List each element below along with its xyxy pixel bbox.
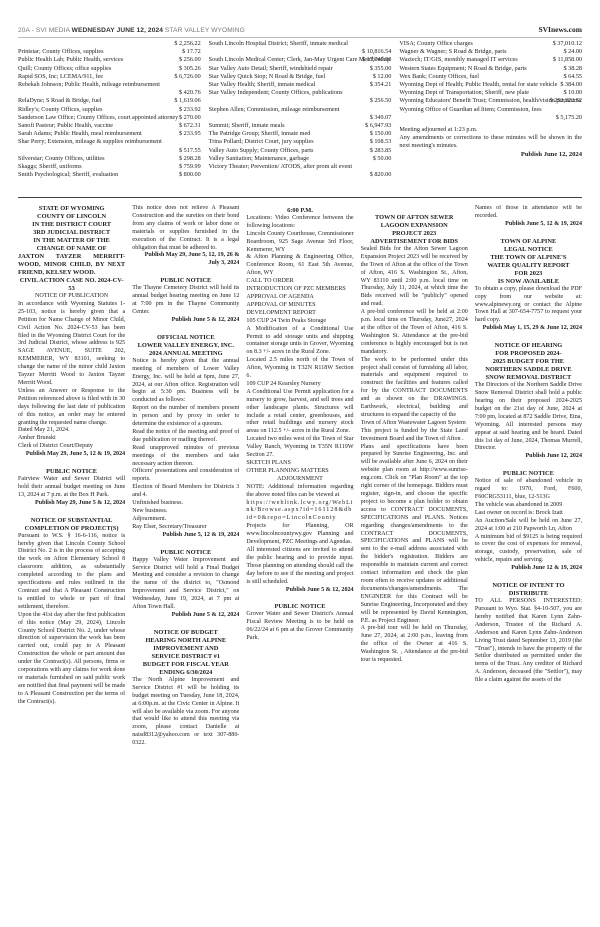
agenda-item: Adjournment.	[132, 516, 239, 524]
claim-row: Wyoming Office of Guardian ad litem; Com…	[399, 106, 582, 122]
notice-heading: CHANGE OF NAME OF	[18, 245, 125, 253]
notice-heading: SERVICE DISTRICT #1	[132, 653, 239, 661]
claim-amount: $ 305.26	[175, 65, 201, 73]
claim-name: Rebekah Johnson; Public Health, mileage …	[18, 81, 201, 89]
claim-amount: $ 672.31	[175, 122, 201, 130]
notice-body: Grover Water and Sewer District's Annual…	[246, 611, 353, 643]
claim-row: Star Valley Auto Detail; Sheriff, windsh…	[209, 65, 392, 73]
claim-name: Silverstar; County Offices, utilities	[18, 155, 105, 163]
claim-row: Sanofi Pasteur; Public Health, vaccine$ …	[18, 122, 201, 130]
claims-column-1: $ 2,256.22 Printstar; County Offices, su…	[18, 40, 201, 190]
agenda-line: INTRODUCTION OF PZC MEMBERS	[246, 286, 353, 294]
notice-intent-to-distribute: NOTICE OF INTENT TO DISTRIBUTE TO ALL PE…	[475, 582, 582, 685]
notice-heading: PUBLIC NOTICE	[132, 277, 239, 285]
claim-row: Sanderson Law Office; County Offices, co…	[18, 114, 201, 122]
notice-body: An Auction/Sale will be held on June 27,…	[475, 518, 582, 534]
notice-pzc-agenda: TENTATIVE AGENDA LINCOLN COUNTY PLANNING…	[246, 205, 353, 594]
claim-row: South Lincoln Hospital District; Sheriff…	[209, 40, 392, 56]
claim-amount: $ 6,726.00	[170, 73, 200, 81]
claim-amount: $ 256.00	[175, 56, 201, 64]
claim-amount: $ 233.95	[175, 130, 201, 138]
notice-body: Notice is hereby given that the annual m…	[132, 358, 239, 405]
notice-body: A pre-bid conference will be held at 2:0…	[361, 309, 468, 356]
notice-heading: LOWER VALLEY ENERGY, INC.	[132, 342, 239, 350]
agenda-line: A Modification of a Conditional Use Perm…	[246, 326, 353, 358]
claim-amount: $ 233.92	[175, 106, 201, 114]
notice-heading: PUBLIC NOTICE	[18, 468, 125, 476]
claim-amount: $ 256.50	[209, 97, 392, 105]
notice-heading: IS NOW AVAILABLE	[475, 278, 582, 286]
claim-row: Star Valley Independent; County Offices,…	[209, 89, 392, 105]
claim-amount: $ 37,010.12	[549, 40, 582, 48]
claim-row: Summit; Sheriff, inmate meals$ 6,947.93	[209, 122, 392, 130]
notice-body: Upon the 41st day after the first public…	[18, 612, 125, 707]
publish-date: Publish May 29, June 5, 12, 19, 26 & Jul…	[132, 252, 239, 268]
claim-row: Stephen Allen; Commission, mileage reimb…	[209, 106, 392, 122]
weblink-url[interactable]: https://weblink.lcwy.org/WebLink/Browse.…	[246, 500, 353, 524]
publish-date: Publish June 5, 12 & 19, 2024	[475, 221, 582, 229]
notice-body: Names of those in attendance will be rec…	[475, 205, 582, 221]
claim-name: Stephen Allen; Commission, mileage reimb…	[209, 106, 392, 114]
claim-row: Smith Psychological; Sheriff, evaluation…	[18, 171, 201, 179]
agenda-line: Locations: Video Conference between the …	[246, 215, 353, 231]
publish-date: Publish May 29, June 5 & 12, 2024	[18, 500, 125, 508]
claim-name: Quill; County Offices; office supplies	[18, 65, 111, 73]
claim-row: Public Health Lab; Public Health, servic…	[18, 56, 201, 64]
claim-amount: $ 349.07	[209, 114, 392, 122]
publish-date: Publish June 5, 12 & 19, 2024	[132, 532, 239, 540]
notice-heading: IN THE MATTER OF THE	[18, 237, 125, 245]
publish-date: Publish June 12, 2024	[475, 453, 582, 461]
claim-row: Wagner & Wagner; S Road & Bridge, parts$…	[399, 48, 582, 56]
claim-amount: $ 38.28	[559, 65, 582, 73]
publish-date: Publish June 5 & 12, 2024	[132, 612, 239, 620]
claim-name: Star Valley Health; Sheriff, inmate medi…	[209, 81, 316, 89]
claim-amount: $ 108.53	[366, 138, 392, 146]
claim-row: Star Valley Quick Stop; N Road & Bridge,…	[209, 73, 392, 81]
agenda-item: New business.	[132, 508, 239, 516]
claim-amount: $ 50.00	[369, 155, 392, 163]
legal-notices: STATE OF WYOMING COUNTY OF LINCOLN IN TH…	[18, 205, 582, 927]
claim-name: Sarah Adams; Public Health, meal reimbur…	[18, 130, 142, 138]
notice-heading: PUBLIC NOTICE	[246, 603, 353, 611]
notice-body: Fairview Water and Sewer District will h…	[18, 476, 125, 500]
agenda-line: 109 CUP 24 Kearsley Nursery	[246, 381, 353, 389]
claim-name: Wex Bank; County Offices, fuel	[399, 73, 479, 81]
notice-fairview: PUBLIC NOTICE Fairview Water and Sewer D…	[18, 468, 125, 508]
notice-heading: PUBLIC NOTICE	[132, 549, 239, 557]
notice-heading: 2025 BUDGET FOR THE	[475, 358, 582, 366]
claim-amount: $ 150.00	[366, 130, 392, 138]
notice-body: The Thayne Cemetery District will hold i…	[132, 285, 239, 317]
notice-happy-valley: PUBLIC NOTICE Happy Valley Water Improve…	[132, 549, 239, 620]
notice-body: In accordance with Wyoming Statutes 1-25…	[18, 301, 125, 388]
claim-amount: $ 820.00	[209, 171, 392, 179]
notice-heading: LAGOON EXPANSION	[361, 222, 468, 230]
claim-name: RelaDyne; S Road & Bridge, fuel	[18, 97, 102, 105]
agenda-line: Located two miles west of the Town of St…	[246, 436, 353, 460]
claim-row: The Patridge Group; Sheriff, inmate med$…	[209, 130, 392, 138]
notice-heading: BUDGET FOR FISCAL YEAR	[132, 661, 239, 669]
notice-body: The Directors of the Northern Saddle Dri…	[475, 382, 582, 453]
notice-heading: NOTICE OF BUDGET	[132, 629, 239, 637]
claim-name: Wyoming Office of Guardian ad litem; Com…	[399, 106, 582, 114]
agenda-line: ADJOURNMENT	[246, 476, 353, 484]
notice-signer: Ray Elser, Secretary/Treasurer	[132, 524, 239, 532]
adjourned-text: Meeting adjourned at 1:23 p.m.	[399, 126, 582, 134]
notice-heading: LEGAL NOTICE	[475, 246, 582, 254]
agenda-item: Report on the number of members present …	[132, 405, 239, 429]
notice-body: A minimum bid of $9125 is being required…	[475, 534, 582, 566]
claim-row: Valley Sanitation; Maintenance, garbage$…	[209, 155, 392, 163]
notice-saddle-drive-budget: NOTICE OF HEARING FOR PROPOSED 2024- 202…	[475, 342, 582, 461]
notice-substantial-completion: NOTICE OF SUBSTANTIAL COMPLETION OF PROJ…	[18, 517, 125, 707]
claim-name: Wyoming Dept of Transportation; Sheriff,…	[399, 89, 529, 97]
notice-abandoned-vehicle: PUBLIC NOTICE Notice of sale of abandone…	[475, 470, 582, 573]
notice-column-2: This notice does not relieve A Pleasant …	[132, 205, 239, 927]
notice-heading: FOR PROPOSED 2024-	[475, 350, 582, 358]
notice-alpine-water-report: TOWN OF ALPINE LEGAL NOTICE THE TOWN OF …	[475, 238, 582, 333]
notice-heading: NOTICE OF SUBSTANTIAL COMPLETION OF PROJ…	[18, 517, 125, 533]
agenda-item: Read the notice of the meeting and proof…	[132, 429, 239, 445]
notice-heading: WATER QUALITY REPORT	[475, 262, 582, 270]
claim-name: Summit; Sheriff, inmate meals	[209, 122, 285, 130]
notice-body: Unless an Answer or Response to the Peti…	[18, 388, 125, 428]
claim-row: South Lincoln Medical Center; Clerk, Jan…	[209, 56, 392, 64]
section-divider	[18, 197, 582, 198]
notice-body: To obtain a copy, please download the PD…	[475, 286, 582, 326]
notice-heading: TOWN OF ALPINE	[475, 238, 582, 246]
claim-row: Western States Equipment; N Road & Bridg…	[399, 65, 582, 73]
notice-column-3: Publish June 5 & 12, 2024 TENTATIVE AGEN…	[246, 205, 353, 927]
claim-row: Silverstar; County Offices, utilities$ 2…	[18, 155, 201, 163]
notice-body: Sealed Bids for the Afton Sewer Lagoon E…	[361, 246, 468, 309]
agenda-line: & Afton Planning & Engineering Office, C…	[246, 254, 353, 278]
claim-name: Valley Sanitation; Maintenance, garbage	[209, 155, 309, 163]
notice-grover: PUBLIC NOTICE Grover Water and Sewer Dis…	[246, 603, 353, 643]
claim-name: Skaggs; Sheriff, uniforms	[18, 163, 82, 171]
claim-name: Valley Auto Supply; County Offices, part…	[209, 147, 314, 155]
claim-name: Sanofi Pasteur; Public Health, vaccine	[18, 122, 113, 130]
notice-body: The work to be performed under this proj…	[361, 357, 468, 420]
claim-name: Smith Psychological; Sheriff, evaluation	[18, 171, 118, 179]
agenda-line: Lincoln County Courthouse, Commissioner …	[246, 231, 353, 255]
claim-name: South Lincoln Hospital District; Sheriff…	[209, 40, 392, 48]
publish-date: Publish June 5 & 12, 2024	[132, 317, 239, 325]
notice-afton-sewer-bids: TOWN OF AFTON SEWER LAGOON EXPANSION PRO…	[361, 214, 468, 665]
notice-heading: 6:00 P.M.	[246, 207, 353, 215]
claim-name: Printstar; County Offices, supplies	[18, 48, 103, 56]
agenda-line: SKETCH PLANS	[246, 460, 353, 468]
notice-heading: PROJECT 2023	[361, 230, 468, 238]
page-number: 20A - SVI MEDIA	[18, 27, 72, 34]
newspaper-page: 20A - SVI MEDIA WEDNESDAY JUNE 12, 2024 …	[0, 0, 600, 927]
publish-date: Publish May 29, June 5, 12 & 19, 2024	[18, 451, 125, 459]
notice-heading: HEARING NORTH ALPINE	[132, 637, 239, 645]
claim-name: Sanderson Law Office; County Offices, co…	[18, 114, 201, 122]
claim-row: Wyoming Educators' Benefit Trust; Commis…	[399, 97, 582, 105]
notice-heading: STATE OF WYOMING	[18, 205, 125, 213]
notice-heading: IN THE DISTRICT COURT	[18, 221, 125, 229]
notice-body: Town of Afton Wastewater Lagoon System	[361, 420, 468, 428]
claim-row: Wex Bank; County Offices, fuel$ 64.55	[399, 73, 582, 81]
notice-thayne: PUBLIC NOTICE The Thayne Cemetery Distri…	[132, 277, 239, 325]
paper-name: STAR VALLEY WYOMING	[163, 27, 245, 34]
notice-heading: DISTRIBUTE	[475, 590, 582, 598]
claim-name: VISA; County Office charges	[399, 40, 473, 48]
claim-row: Printstar; County Offices, supplies$ 17.…	[18, 48, 201, 56]
notice-body: Pursuant to W.S. § 16-6-116, notice is h…	[18, 533, 125, 612]
claim-name: Shar Perry; Extension, mileage & supplie…	[18, 138, 201, 146]
issue-date: WEDNESDAY JUNE 12, 2024	[72, 27, 163, 34]
agenda-line: OTHER PLANNING MATTERS	[246, 468, 353, 476]
notice-heading: NORTHERN SADDLE DRIVE	[475, 366, 582, 374]
notice-subheading: NOTICE OF PUBLICATION	[18, 293, 125, 301]
notice-heading: FOR 2023	[475, 270, 582, 278]
claim-amount: $ 283.85	[366, 147, 392, 155]
agenda-item: Read unapproved minutes of previous meet…	[132, 445, 239, 469]
claim-amount: $ 10.00	[559, 89, 582, 97]
claim-row: Rebekah Johnson; Public Health, mileage …	[18, 81, 201, 97]
claims-listing: $ 2,256.22 Printstar; County Offices, su…	[18, 40, 582, 190]
claim-row: Sarah Adams; Public Health, meal reimbur…	[18, 130, 201, 138]
notice-body: Projects for Planning, OR www.lincolncou…	[246, 523, 353, 547]
claim-name: Star Valley Auto Detail; Sheriff, windsh…	[209, 65, 333, 73]
claim-name: Wagner & Wagner; S Road & Bridge, parts	[399, 48, 506, 56]
notice-body: Notice of sale of abandoned vehicle in r…	[475, 478, 582, 502]
notice-heading: ENDING 6/30/2024	[132, 669, 239, 677]
claim-name: Waztech; IT/GIS, monthly managed IT serv…	[399, 56, 517, 64]
claim-name: Star Valley Quick Stop; N Road & Bridge,…	[209, 73, 326, 81]
agenda-line: CALL TO ORDER	[246, 278, 353, 286]
claim-row: Trina Pollard; District Court, jury supp…	[209, 138, 392, 146]
notice-heading: SNOW REMOVAL DISTRICT	[475, 374, 582, 382]
notice-body: Happy Valley Water Improvement and Servi…	[132, 557, 239, 612]
notice-heading: ADVERTISEMENT FOR BIDS	[361, 238, 468, 246]
notice-north-alpine-budget: NOTICE OF BUDGET HEARING NORTH ALPINE IM…	[132, 629, 239, 748]
notice-heading: OFFICIAL NOTICE	[132, 334, 239, 342]
notice-heading: COUNTY OF LINCOLN	[18, 213, 125, 221]
amendments-text: Any amendments or corrections to these m…	[399, 134, 582, 150]
claim-row: Star Valley Health; Sheriff, inmate medi…	[209, 81, 392, 89]
notice-heading: JAXTON TAYZER MERRITT-WOOD, MINOR CHILD,…	[18, 253, 125, 277]
notice-body: Last owner on record is: Brock Izatt	[475, 510, 582, 518]
notice-column-5: Names of those in attendance will be rec…	[475, 205, 582, 927]
claim-row: VISA; County Office charges$ 37,010.12	[399, 40, 582, 48]
publish-date: Publish June 12 & 19, 2024	[475, 565, 582, 573]
agenda-item: Unfinished business.	[132, 500, 239, 508]
agenda-line: APPROVAL OF MINUTES	[246, 302, 353, 310]
publish-date: Publish June 12, 2024	[399, 151, 582, 159]
notice-body: A pre-bid tour will be held on Thursday,…	[361, 625, 468, 665]
notice-column-1: STATE OF WYOMING COUNTY OF LINCOLN IN TH…	[18, 205, 125, 927]
notice-note: NOTE: Additional information regarding t…	[246, 484, 353, 500]
claim-name: Western States Equipment; N Road & Bridg…	[399, 65, 526, 73]
claim-amount: $ 800.00	[175, 171, 201, 179]
claim-row: Rapid SOS, Inc; LCEMA/911, fee$ 6,726.00	[18, 73, 201, 81]
notice-signer-title: Clerk of District Court/Deputy	[18, 443, 125, 451]
claim-name: Trina Pollard; District Court, jury supp…	[209, 138, 314, 146]
notice-heading: CIVIL ACTION CASE NO. 2024-CV-53	[18, 277, 125, 293]
claim-amount: $ 355.00	[366, 65, 392, 73]
claim-amount: $ 298.28	[175, 155, 201, 163]
claim-name: Public Health Lab; Public Health, servic…	[18, 56, 123, 64]
claim-amount: $ 11,858.00	[549, 56, 582, 64]
notice-column-4: Publish June 5, 12 & 19, 2024 TOWN OF AF…	[361, 205, 468, 927]
notice-heading: NOTICE OF INTENT TO	[475, 582, 582, 590]
agenda-line: A Conditional Use Permit application for…	[246, 389, 353, 436]
claim-amount: $ 759.99	[175, 163, 201, 171]
claim-amount: $ 420.76	[18, 89, 201, 97]
notice-body: The North Alpine Improvement and Service…	[132, 677, 239, 748]
claim-row: Quill; County Offices; office supplies$ …	[18, 65, 201, 73]
notice-heading: THE TOWN OF ALPINE'S	[475, 254, 582, 262]
agenda-line: 105 CUP 24 Twin Peaks Storage	[246, 318, 353, 326]
claim-name: Victory Theater; Prevention/ ATODS, afte…	[209, 163, 392, 171]
claim-amount: $ 1,619.06	[170, 97, 200, 105]
claim-row: Ridley's; County Offices, supplies$ 233.…	[18, 106, 201, 114]
notice-body: This project is funded by the State Land…	[361, 428, 468, 444]
claim-amount: $ 5,175.20	[399, 114, 582, 122]
notice-lower-valley-energy: OFFICIAL NOTICE LOWER VALLEY ENERGY, INC…	[132, 334, 239, 540]
claim-name: Wyoming Dept of Health; Public Health, r…	[399, 81, 582, 89]
claim-row: Waztech; IT/GIS, monthly managed IT serv…	[399, 56, 582, 64]
claims-column-2: South Lincoln Hospital District; Sheriff…	[209, 40, 392, 190]
agenda-line: APPROVAL OF AGENDA	[246, 294, 353, 302]
notice-heading: IMPROVEMENT AND	[132, 645, 239, 653]
claim-row: Victory Theater; Prevention/ ATODS, afte…	[209, 163, 392, 179]
claim-amount: $ 2,256.22	[18, 40, 201, 48]
claim-name: Ridley's; County Offices, supplies	[18, 106, 103, 114]
claim-amount: $ 354.21	[366, 81, 392, 89]
claim-amount: $ 10,816.54	[209, 48, 392, 56]
claim-amount: $ 6,947.93	[361, 122, 391, 130]
agenda-line: Located 2.5 miles north of the Town of A…	[246, 357, 353, 381]
agenda-item: Election of Board Members for Districts …	[132, 484, 239, 500]
claim-row: RelaDyne; S Road & Bridge, fuel$ 1,619.0…	[18, 97, 201, 105]
claim-row: Shar Perry; Extension, mileage & supplie…	[18, 138, 201, 154]
claim-row: Valley Auto Supply; County Offices, part…	[209, 147, 392, 155]
notice-body: TO ALL PERSONS INTERESTED: Pursuant to W…	[475, 598, 582, 685]
notice-heading: 2024 ANNUAL MEETING	[132, 350, 239, 358]
claim-row: Wyoming Dept of Transportation; Sheriff,…	[399, 89, 582, 97]
claims-column-3: VISA; County Office charges$ 37,010.12 W…	[399, 40, 582, 190]
claim-row: Wyoming Dept of Health; Public Health, r…	[399, 81, 582, 89]
notice-name-change: STATE OF WYOMING COUNTY OF LINCOLN IN TH…	[18, 205, 125, 459]
notice-heading: NOTICE OF HEARING	[475, 342, 582, 350]
notice-heading: TOWN OF AFTON SEWER	[361, 214, 468, 222]
notice-body: All interested citizens are invited to a…	[246, 547, 353, 587]
page-header-left: 20A - SVI MEDIA WEDNESDAY JUNE 12, 2024 …	[18, 27, 245, 34]
notice-body: The vehicle was abandoned in 2009	[475, 502, 582, 510]
claim-name: Star Valley Independent; County Offices,…	[209, 89, 392, 97]
claim-row: Skaggs; Sheriff, uniforms$ 759.99	[18, 163, 201, 171]
agenda-item: Officers' presentations and consideratio…	[132, 468, 239, 484]
claim-amount: $ 64.55	[559, 73, 582, 81]
site-name: SVInews.com	[538, 25, 582, 34]
page-header: 20A - SVI MEDIA WEDNESDAY JUNE 12, 2024 …	[18, 22, 582, 38]
notice-body: Plans and specifications have been prepa…	[361, 444, 468, 626]
claim-name: The Patridge Group; Sheriff, inmate med	[209, 130, 311, 138]
claim-amount: $ 17.72	[178, 48, 201, 56]
claim-amount: $ 24.00	[559, 48, 582, 56]
publish-date: Publish May 1, 15, 29 & June 12, 2024	[475, 325, 582, 333]
claim-amount: $ 517.55	[18, 147, 201, 155]
publish-date: Publish June 5 & 12, 2024	[246, 587, 353, 595]
notice-heading: 3RD JUDICIAL DISTRICT	[18, 229, 125, 237]
claim-name: Rapid SOS, Inc; LCEMA/911, fee	[18, 73, 103, 81]
claim-amount: $ 12.00	[369, 73, 392, 81]
agenda-line: DEVELOPMENT REPORT	[246, 310, 353, 318]
notice-dated: Dated May 21, 2024.	[18, 427, 125, 435]
notice-body: This notice does not relieve A Pleasant …	[132, 205, 239, 252]
